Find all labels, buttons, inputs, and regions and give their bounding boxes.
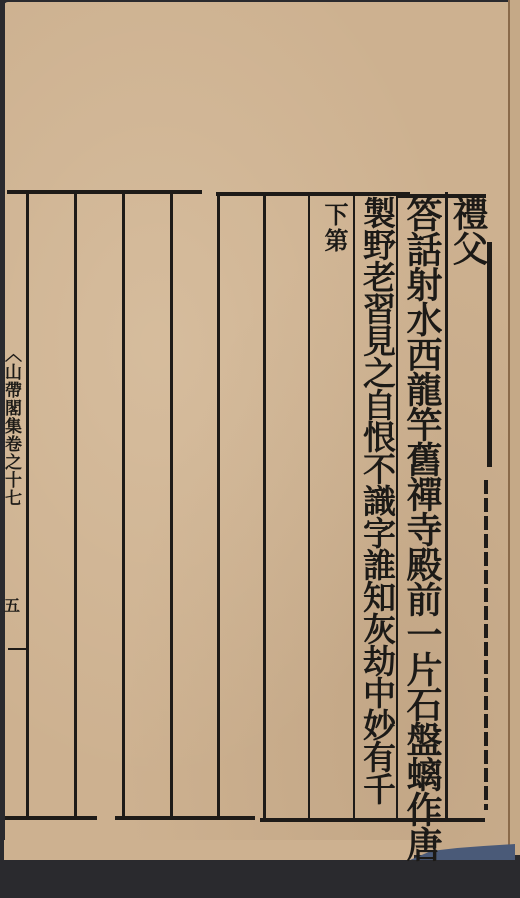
column-rule xyxy=(217,192,220,818)
column-rule xyxy=(353,192,355,818)
background-below-page xyxy=(0,855,520,898)
column-rule xyxy=(308,192,310,818)
text-column-2: 製野老習見之自恨不識字誰知灰劫中妙有千 xyxy=(358,196,396,804)
column-rule xyxy=(74,192,77,818)
margin-rule xyxy=(8,648,26,650)
column-rule xyxy=(170,192,173,818)
frame-right-rule xyxy=(487,242,492,467)
frame-bottom-rule xyxy=(5,816,97,820)
page-fold xyxy=(508,0,520,860)
frame-bottom-rule xyxy=(115,816,255,820)
frame-bottom-rule xyxy=(260,818,485,822)
column-rule xyxy=(445,192,448,818)
column-rule xyxy=(122,192,125,818)
poem-title: 禮父 xyxy=(448,195,488,265)
text-column-1: 答話射水西龍竿舊禪寺殿前一片石盤螭作唐 xyxy=(402,196,442,861)
column-rule xyxy=(26,192,29,818)
frame-right-rule-broken xyxy=(484,480,488,810)
margin-page-number: 五 xyxy=(4,593,20,616)
page-bottom-edge xyxy=(4,840,414,860)
column-rule xyxy=(263,192,266,818)
margin-book-title: 〈山帶閣集卷之十七 xyxy=(2,345,20,507)
text-column-3: 下第 xyxy=(314,202,354,254)
